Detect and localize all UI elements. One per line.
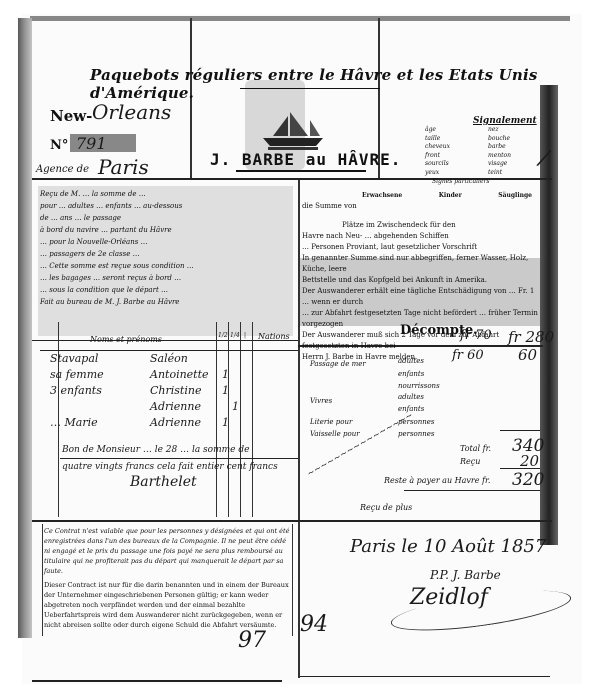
page-number: 97 [238, 628, 266, 653]
brand-underline [236, 170, 366, 172]
note-french: Ce Contrat n'est valable que pour les pe… [44, 526, 292, 576]
decompte-label: Vivres [310, 397, 332, 405]
note-border [42, 524, 43, 636]
header-title: Paquebots réguliers entre le Hâvre et le… [90, 66, 600, 102]
column-half: 1/2 [218, 332, 228, 339]
decompte-sub: nourrissons [398, 382, 440, 390]
signalement-footer: Signes particuliers [432, 178, 489, 185]
table-column-line [252, 322, 253, 517]
number-label: N° [50, 138, 68, 153]
receipt-note-line: Bon de Monsieur … le 28 … la somme de [62, 445, 249, 455]
note-border [292, 524, 293, 636]
agency-value: Paris [98, 155, 149, 179]
decompte-label: Vaisselle pour [310, 430, 360, 438]
decompte-sub: adultes [398, 393, 424, 401]
column-names: Noms et prénoms [90, 335, 162, 344]
title-underline [240, 88, 380, 89]
page-number: 94 [300, 612, 328, 637]
receipt-note-line: quatre vingts francs cela fait entier ce… [62, 462, 278, 472]
sum-line [404, 490, 540, 491]
divider [298, 178, 300, 678]
recu-label: Reçu [460, 457, 480, 466]
bottom-border [32, 680, 282, 682]
receipt-paragraph: Reçu de M. … la somme de … pour … adulte… [40, 188, 290, 308]
destination-label: New- [50, 107, 92, 125]
decompte-label: Passage de mer [310, 360, 366, 368]
brand-name: J. BARBE au HÂVRE. [210, 150, 401, 169]
agency-label: Agence de [36, 164, 89, 175]
total-label: Total fr. [460, 444, 491, 453]
destination-value: Orleans [92, 100, 171, 124]
decompte-amount: 60 [518, 346, 537, 364]
table-column-line [216, 322, 217, 517]
column-bar: | [244, 332, 246, 339]
scan-border-left [18, 18, 32, 638]
decompte-sub: enfants [398, 370, 424, 378]
divider [32, 520, 552, 522]
decompte-label: Literie pour [310, 418, 352, 426]
decompte-rate: fr 60 [452, 348, 484, 363]
underline [60, 458, 298, 459]
decompte-sub: adultes [398, 357, 424, 365]
signalement-right-fields: nez bouche barbe menton visage teint [488, 126, 511, 177]
sum-line [500, 430, 540, 431]
issue-date: Paris le 10 Août 1857 [350, 536, 546, 557]
scan-border-top [30, 16, 570, 21]
extra-receipt-label: Reçu de plus [360, 503, 412, 512]
pp-label: P.P. J. Barbe [430, 568, 501, 582]
column-nations: Nations [258, 332, 290, 341]
sum-line [500, 468, 540, 469]
reste-label: Reste à payer au Havre fr. [384, 476, 490, 485]
note-german: Dieser Contract ist nur für die darin be… [44, 580, 292, 630]
ship-icon [258, 108, 328, 150]
column-quarter: 1/4 [230, 332, 240, 339]
decompte-rate: fr 70 [460, 328, 492, 343]
number-value: 791 [70, 134, 136, 152]
table-header-line [40, 350, 298, 351]
table-column-line [240, 322, 241, 517]
decompte-amount: fr 280 [508, 328, 554, 346]
signalement-title: Signalement [473, 116, 537, 126]
decompte-sub: personnes [398, 430, 435, 438]
reste-value: 320 [512, 470, 544, 490]
signalement-left-fields: âge taille cheveux front sourcils yeux [425, 126, 450, 177]
receipt-signature: Barthelet [130, 474, 197, 490]
bottom-border [300, 676, 550, 677]
